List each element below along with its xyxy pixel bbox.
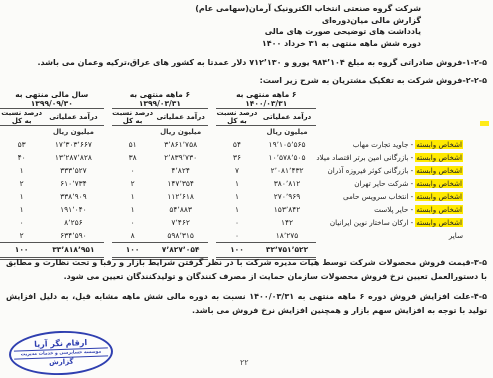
- percent-cell: ۱: [0, 190, 43, 203]
- revenue-cell: ۲۷۰٬۹۶۹: [258, 190, 317, 203]
- table-row: سایر ۱۸٬۲۷۵ ۰ ۵۹۸٬۳۱۵ ۸ ۶۳۴٬۵۹۰ ۲: [0, 229, 463, 242]
- related-party-tag: اشخاص وابسته: [415, 205, 463, 214]
- group-header-1400: ۶ ماهه منتهی به ۱۴۰۰/۰۳/۳۱: [216, 90, 316, 109]
- revenue-cell: ۱۷٬۳۰۳٬۶۶۷: [43, 138, 103, 151]
- revenue-cell: ۱۹٬۱۰۵٬۵۶۵: [258, 138, 317, 151]
- percent-cell: ۸: [112, 229, 154, 242]
- group-header-1399: ۶ ماهه منتهی به ۱۳۹۹/۰۳/۳۱: [112, 90, 208, 109]
- percent-cell: ۰: [0, 216, 43, 229]
- note-5-2-2: ۲-۲-۵-فروش شرکت به تفکیک مشتریان به شرح …: [6, 76, 487, 85]
- revenue-cell: ۱۸٬۲۷۵: [258, 229, 317, 242]
- notes-title: یادداشت های توضیحی صورت های مالی: [161, 26, 421, 38]
- table-row: اشخاص وابسته- شرکت حایر تهران ۳۸۰٬۸۱۲ ۱ …: [0, 177, 463, 190]
- customer-revenue-table-wrapper: ۶ ماهه منتهی به ۱۴۰۰/۰۳/۳۱ ۶ ماهه منتهی …: [0, 90, 463, 260]
- table-group-header-row: ۶ ماهه منتهی به ۱۴۰۰/۰۳/۳۱ ۶ ماهه منتهی …: [0, 90, 463, 109]
- customer-name: - بازرگانی کوثر فیروزه آذران: [327, 166, 413, 175]
- percent-cell: ۰: [216, 229, 258, 242]
- revenue-cell: ۳۸۰٬۸۱۲: [258, 177, 317, 190]
- customer-name: - ارکان ساختار نوین ایرانیان: [330, 218, 413, 227]
- percent-cell: ۳۸: [112, 151, 154, 164]
- percent-cell: ۳۶: [216, 151, 258, 164]
- customer-name: - حایر پلاست: [374, 205, 413, 214]
- col-header-percent: درصد نسبت به کل: [216, 109, 258, 126]
- customer-name: - جاوید تجارت مهاب: [353, 140, 414, 149]
- customer-revenue-table: ۶ ماهه منتهی به ۱۴۰۰/۰۳/۳۱ ۶ ماهه منتهی …: [0, 90, 463, 260]
- related-party-tag: اشخاص وابسته: [415, 153, 463, 162]
- report-title: گزارش مالی میان‌دوره‌ای: [161, 15, 421, 27]
- unit-label: میلیون ریال: [258, 126, 317, 139]
- note-5-2-1: ۱-۲-۵-فروش صادراتی گروه به مبلغ ۹۸۴٬۱۰۴ …: [6, 58, 487, 67]
- revenue-cell: ۱۴۲: [258, 216, 317, 229]
- revenue-cell: ۵۹۸٬۳۱۵: [153, 229, 208, 242]
- revenue-cell: ۱۵۳٬۸۴۲: [258, 203, 317, 216]
- revenue-cell: ۴٬۸۲۴: [153, 164, 208, 177]
- report-header: شرکت گروه صنعتی انتخاب الکترونیک آرمان(س…: [161, 3, 421, 49]
- percent-cell: ۰: [216, 216, 258, 229]
- revenue-cell: ۳۳۳٬۵۲۷: [43, 164, 103, 177]
- percent-cell: ۱: [216, 190, 258, 203]
- customer-name: - شرکت حایر تهران: [354, 179, 413, 188]
- percent-cell: ۰: [112, 216, 154, 229]
- group-header-fy1399: سال مالی منتهی به ۱۳۹۹/۰۹/۳۰: [0, 90, 104, 109]
- customer-name: سایر: [449, 231, 463, 240]
- auditor-stamp: ارقام نگر آریا موسسه حسابرسی و خدمات مدی…: [8, 329, 113, 377]
- revenue-cell: ۷٬۴۶۲: [153, 216, 208, 229]
- percent-cell: ۷: [216, 164, 258, 177]
- table-row: اشخاص وابسته- انتخاب سرویس حامی ۲۷۰٬۹۶۹ …: [0, 190, 463, 203]
- table-row: اشخاص وابسته- جاوید تجارت مهاب ۱۹٬۱۰۵٬۵۶…: [0, 138, 463, 151]
- related-party-tag: اشخاص وابسته: [415, 218, 463, 227]
- revenue-cell: ۱۹۱٬۰۴۰: [43, 203, 103, 216]
- related-party-tag: اشخاص وابسته: [415, 179, 463, 188]
- percent-cell: ۱: [0, 164, 43, 177]
- table-row: اشخاص وابسته- بازرگانی امین برتر اقتصاد …: [0, 151, 463, 164]
- percent-cell: ۱: [112, 190, 154, 203]
- col-header-percent: درصد نسبت به کل: [112, 109, 154, 126]
- company-name: شرکت گروه صنعتی انتخاب الکترونیک آرمان(س…: [161, 3, 421, 15]
- revenue-cell: ۱۱۲٬۶۱۸: [153, 190, 208, 203]
- revenue-cell: ۳٬۸۶۱٬۷۵۸: [153, 138, 208, 151]
- percent-cell: ۲: [0, 177, 43, 190]
- percent-cell: ۱: [216, 177, 258, 190]
- col-header-revenue: درآمد عملیاتی: [153, 109, 208, 126]
- related-party-tag: اشخاص وابسته: [415, 166, 463, 175]
- customer-name: - انتخاب سرویس حامی: [343, 192, 413, 201]
- percent-cell: ۴۰: [0, 151, 43, 164]
- percent-cell: ۲: [0, 229, 43, 242]
- unit-label: میلیون ریال: [43, 126, 103, 139]
- page-number: ۲۲: [240, 358, 249, 367]
- revenue-cell: ۸٬۲۵۶: [43, 216, 103, 229]
- note-5-4: ۴-۵-علت افزایش فروش دوره ۶ ماهه منتهی به…: [6, 290, 487, 318]
- percent-cell: ۵۱: [112, 138, 154, 151]
- percent-cell: ۵۳: [0, 138, 43, 151]
- percent-cell: ۲: [112, 177, 154, 190]
- revenue-cell: ۶۱۰٬۷۳۴: [43, 177, 103, 190]
- revenue-cell: ۳۳۸٬۹۰۹: [43, 190, 103, 203]
- percent-cell: ۱: [216, 203, 258, 216]
- revenue-cell: ۵۴٬۸۸۳: [153, 203, 208, 216]
- col-header-revenue: درآمد عملیاتی: [258, 109, 317, 126]
- customer-name: - بازرگانی امین برتر اقتصاد میلاد: [316, 153, 413, 162]
- table-row: اشخاص وابسته- بازرگانی کوثر فیروزه آذران…: [0, 164, 463, 177]
- table-subheader-row: درآمد عملیاتی درصد نسبت به کل درآمد عملی…: [0, 109, 463, 126]
- note-5-3: ۳-۵-قیمت فروش محصولات شرکت توسط هیات مدی…: [6, 256, 487, 284]
- table-row: اشخاص وابسته- حایر پلاست ۱۵۳٬۸۴۲ ۱ ۵۴٬۸۸…: [0, 203, 463, 216]
- table-unit-row: میلیون ریال میلیون ریال میلیون ریال: [0, 126, 463, 139]
- percent-cell: ۰: [112, 164, 154, 177]
- highlighter-artifact: [480, 121, 489, 126]
- period-title: دوره شش ماهه منتهی به ۳۱ خرداد ۱۴۰۰: [161, 38, 421, 50]
- revenue-cell: ۶۳۴٬۵۹۰: [43, 229, 103, 242]
- unit-label: میلیون ریال: [153, 126, 208, 139]
- col-header-revenue: درآمد عملیاتی: [43, 109, 103, 126]
- percent-cell: ۱: [0, 203, 43, 216]
- revenue-cell: ۲٬۰۸۱٬۴۳۲: [258, 164, 317, 177]
- related-party-tag: اشخاص وابسته: [415, 192, 463, 201]
- related-party-tag: اشخاص وابسته: [415, 140, 463, 149]
- table-row: اشخاص وابسته- ارکان ساختار نوین ایرانیان…: [0, 216, 463, 229]
- revenue-cell: ۲٬۸۳۹٬۷۳۰: [153, 151, 208, 164]
- percent-cell: ۵۴: [216, 138, 258, 151]
- revenue-cell: ۱۳٬۲۸۷٬۸۲۸: [43, 151, 103, 164]
- scanned-financial-report-page: { "header": { "company": "شرکت گروه صنعت…: [0, 0, 493, 378]
- col-header-percent: درصد نسبت به کل: [0, 109, 43, 126]
- percent-cell: ۱: [112, 203, 154, 216]
- revenue-cell: ۱۴۷٬۳۵۴: [153, 177, 208, 190]
- revenue-cell: ۱۰٬۵۷۸٬۵۰۵: [258, 151, 317, 164]
